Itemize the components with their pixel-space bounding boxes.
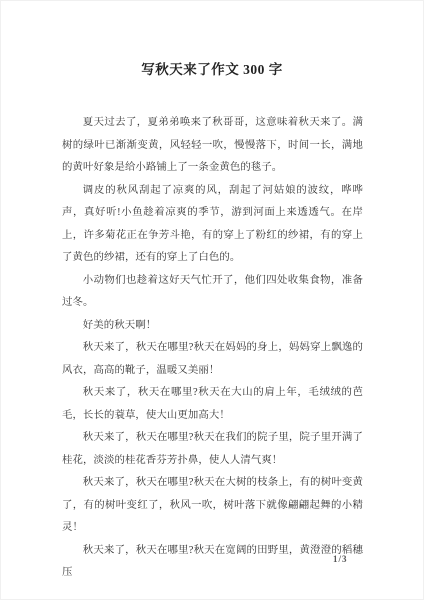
page-number: 1/3 xyxy=(333,553,348,565)
essay-paragraph: 小动物们也趁着这好天气忙开了，他们四处收集食物，准备过冬。 xyxy=(62,270,363,315)
essay-paragraph: 秋天来了，秋天在哪里?秋天在妈妈的身上，妈妈穿上飘逸的风衣，高高的靴子，温暖又美… xyxy=(62,337,363,382)
document-page: 写秋天来了作文 300 字 夏天过去了，夏弟弟唤来了秋哥哥，这意味着秋天来了。满… xyxy=(0,0,424,600)
essay-paragraph: 好美的秋天啊！ xyxy=(62,315,363,338)
essay-paragraph: 秋天来了，秋天在哪里?秋天在大树的枝条上，有的树叶变黄了，有的树叶变红了，秋风一… xyxy=(62,472,363,540)
essay-title: 写秋天来了作文 300 字 xyxy=(0,0,424,78)
essay-paragraph: 秋天来了，秋天在哪里?秋天在宽阔的田野里，黄澄澄的稻穗压 xyxy=(62,540,363,585)
essay-paragraph: 夏天过去了，夏弟弟唤来了秋哥哥，这意味着秋天来了。满树的绿叶已渐渐变黄，风轻轻一… xyxy=(62,112,363,180)
essay-paragraph: 秋天来了，秋天在哪里?秋天在我们的院子里，院子里开满了桂花，淡淡的桂花香芬芳扑鼻… xyxy=(62,427,363,472)
essay-paragraph: 调皮的秋风刮起了凉爽的风，刮起了河姑娘的波纹，哗哗声，真好听!小鱼趁着凉爽的季节… xyxy=(62,180,363,270)
essay-paragraph: 秋天来了，秋天在哪里?秋天在大山的肩上年，毛绒绒的芭毛，长长的蓑草，使大山更加高… xyxy=(62,382,363,427)
essay-body: 夏天过去了，夏弟弟唤来了秋哥哥，这意味着秋天来了。满树的绿叶已渐渐变黄，风轻轻一… xyxy=(62,112,363,585)
